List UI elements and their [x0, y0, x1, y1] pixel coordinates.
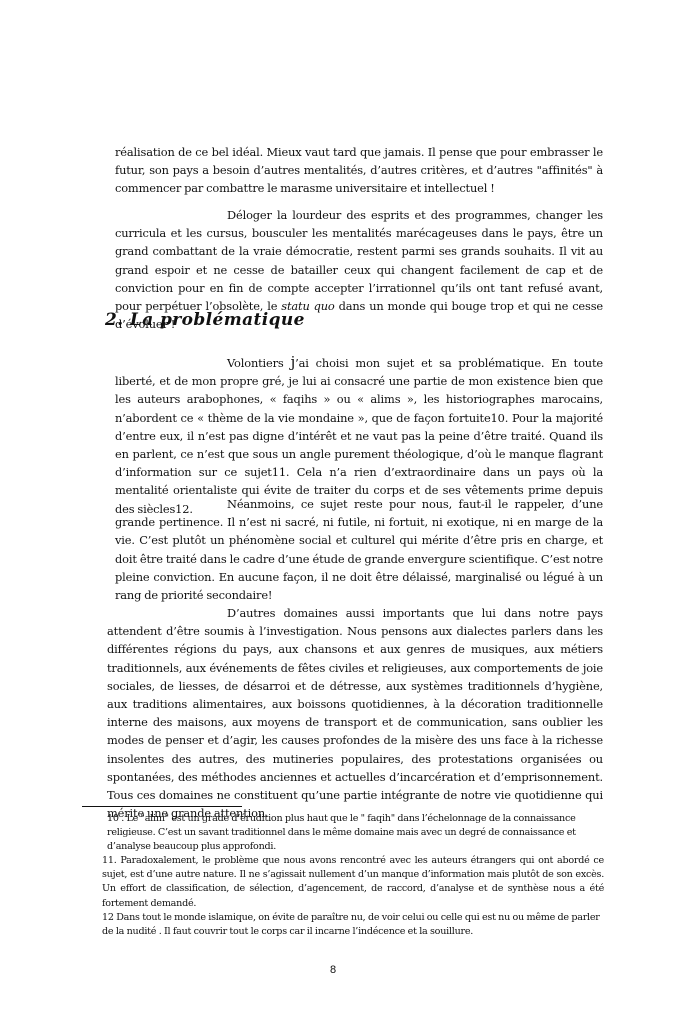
page-number: 8 — [330, 964, 336, 976]
paragraph-text: ’ai choisi mon sujet et sa problématique… — [115, 356, 603, 516]
footnote-separator — [82, 806, 242, 807]
footnote-text: 11. Paradoxalement, le problème que nous… — [102, 855, 604, 909]
footnote-text: 12 Dans tout le monde islamique, on évit… — [102, 912, 600, 937]
footnote-11: 11. Paradoxalement, le problème que nous… — [102, 854, 604, 911]
paragraph-neanmoins: Néanmoins, ce sujet reste pour nous, fau… — [115, 495, 603, 604]
footnote-12: 12 Dans tout le monde islamique, on évit… — [102, 911, 604, 939]
paragraph-text: réalisation de ce bel idéal. Mieux vaut … — [115, 145, 603, 195]
footnote-text: 10 . Le "alim" est un grade d’érudition … — [107, 813, 576, 852]
section-heading: 2. La problématique — [105, 310, 305, 330]
paragraph-autres-domaines: D’autres domaines aussi importants que l… — [107, 604, 603, 822]
paragraph-text: D’autres domaines aussi importants que l… — [107, 606, 603, 820]
footnote-10: 10 . Le "alim" est un grade d’érudition … — [107, 812, 603, 855]
paragraph-volontiers: Volontiers j’ai choisi mon sujet et sa p… — [115, 353, 603, 518]
paragraph-text: Néanmoins, ce sujet reste pour nous, fau… — [115, 497, 603, 602]
document-page: réalisation de ce bel idéal. Mieux vaut … — [0, 0, 700, 1028]
paragraph-text: Volontiers — [227, 356, 291, 370]
paragraph-text: Déloger la lourdeur des esprits et des p… — [115, 208, 603, 313]
paragraph-continuation: réalisation de ce bel idéal. Mieux vaut … — [115, 143, 603, 198]
